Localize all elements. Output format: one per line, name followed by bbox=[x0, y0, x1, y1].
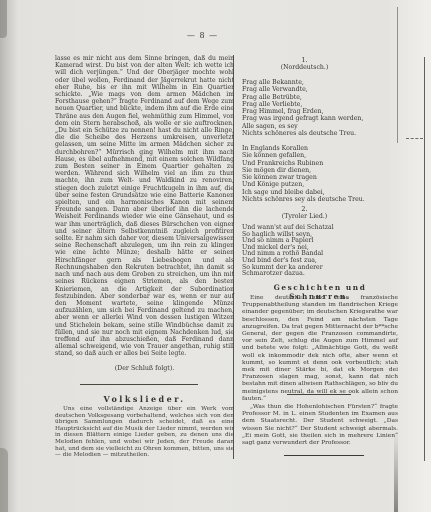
margin-mark-dashes bbox=[406, 138, 423, 139]
poem-line: Frag alle Bekannte, bbox=[242, 79, 398, 86]
volkslieder-intro-text: Uns eine vollständige Anzeige über ein W… bbox=[55, 406, 234, 459]
poem-2-number: 2. bbox=[242, 205, 367, 213]
poem-line: Frag alle Verliebte, bbox=[242, 101, 398, 108]
story-separator-rule bbox=[287, 394, 351, 395]
poem-1-stanza-2: In Englands KorallenSie können gefallen,… bbox=[242, 145, 398, 203]
continuation-note: (Der Schluß folgt). bbox=[55, 365, 234, 372]
poem-line: Nichts schönres sey als deutsche Treu. bbox=[242, 196, 398, 203]
poem-line: Und Könige putzen, bbox=[242, 181, 398, 188]
poem-line: Nichts schöneres als deutsche Treu. bbox=[242, 130, 398, 137]
page-right-border-line bbox=[424, 57, 425, 461]
poem-line: Frag was irgend gefragt kann werden, bbox=[242, 115, 398, 122]
poem-line: Frag Himmel, frag Erden, bbox=[242, 108, 398, 115]
bottom-rule bbox=[284, 455, 364, 456]
poem-line: Sie können zwar tragen bbox=[242, 174, 398, 181]
poem-line: Sie mögen dir dienen, bbox=[242, 167, 398, 174]
poem-line: In Englands Korallen bbox=[242, 145, 398, 152]
scan-edge-smudge-bottom-left bbox=[0, 448, 8, 512]
poem-line: Schmarotzer dazua. bbox=[242, 271, 398, 278]
page-number: — 8 — bbox=[55, 31, 350, 40]
story-continuation-text: lasse es mir nicht aus dem Sinne bringen… bbox=[55, 55, 234, 358]
poem-2-stanza: Und wann'st auf dei SchatzalSo haglich w… bbox=[242, 225, 398, 278]
poem-line: Frag alle Verwandte, bbox=[242, 86, 398, 93]
schnurren-story-1: Eine deutsche und eine französische Trup… bbox=[242, 295, 398, 403]
schnurren-story-2: „Was thun die Hohenlohischen Fürsten?“ f… bbox=[242, 404, 398, 447]
scanned-document-page: — 8 — lasse es mir nicht aus dem Sinne b… bbox=[0, 0, 431, 512]
section-rule-left bbox=[80, 384, 198, 385]
poem-line: Ich sage und bleibe dabei, bbox=[242, 189, 398, 196]
poem-1-stanza-1: Frag alle Bekannte,Frag alle Verwandte,F… bbox=[242, 79, 398, 137]
poem-2-dialect-label: (Tyroler Lied.) bbox=[242, 213, 367, 220]
poem-1-dialect-label: (Norddeutsch.) bbox=[242, 64, 367, 71]
scan-edge-smudge-top-left bbox=[0, 0, 7, 38]
poem-1-number: 1. bbox=[242, 56, 367, 64]
volkslieder-heading: Volkslieder. bbox=[55, 394, 234, 404]
poem-line: Alle sagen, es sey bbox=[242, 123, 398, 130]
poem-line: Sie können gefallen, bbox=[242, 152, 398, 159]
poem-line: Und Frankreichs Rubinen bbox=[242, 160, 398, 167]
poem-line: Frag alle Betrübte, bbox=[242, 94, 398, 101]
